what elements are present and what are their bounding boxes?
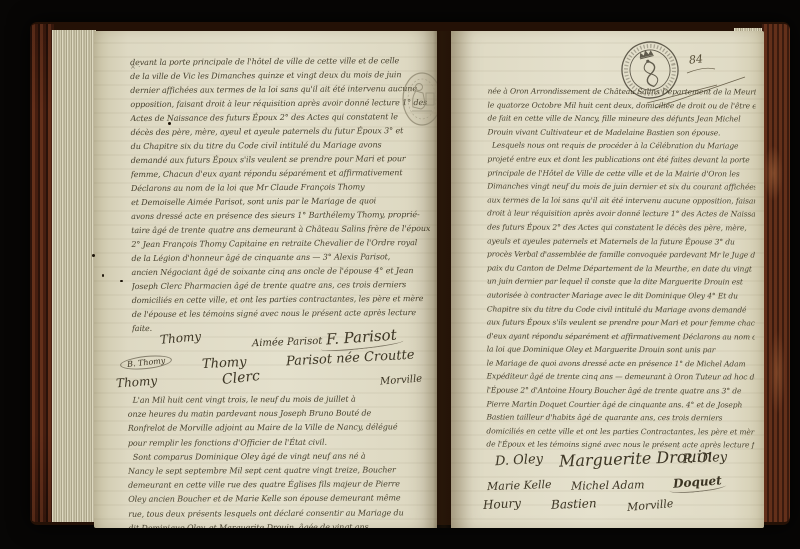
left-page: × · devant la porte principale de l'hôte… — [94, 31, 437, 528]
manuscript-line: Oley ancien Boucher et de Marie Kelle so… — [128, 492, 430, 508]
signature: P. Oley — [683, 450, 728, 467]
signature: B. Thomy — [119, 353, 172, 371]
signature: Marie Kelle — [487, 478, 552, 493]
manuscript-line: de fait en cette ville de Nancy, fille m… — [487, 112, 755, 127]
manuscript-line: autorisée à contracter Mariage avec le d… — [487, 288, 755, 303]
signature: Houry — [483, 496, 522, 512]
signature: Michel Adam — [571, 478, 645, 492]
signature: D. Oley — [495, 452, 544, 469]
manuscript-line: projeté entre eux et dont les publicatio… — [487, 153, 755, 168]
manuscript-line: aux termes de la loi sans qu'il ait été … — [487, 193, 755, 208]
manuscript-line: le quatorze Octobre Mil huit cent deux, … — [488, 98, 756, 113]
signature: Morville — [380, 374, 423, 388]
manuscript-line: femme, Chacun d'eux ayant répondu séparé… — [131, 166, 431, 182]
manuscript-line: procès Verbal d'assemblée de famille con… — [487, 248, 755, 263]
manuscript-line: Ronfrelot de Morville adjoint au Maire d… — [128, 421, 430, 437]
left-cover-spine — [30, 24, 54, 522]
manuscript-line: l'Épouse 2° d'Antoine Houry Boucher âgé … — [487, 384, 755, 399]
signature: Thomy — [116, 374, 158, 391]
manuscript-line: Lesquels nous ont requis de procéder à l… — [487, 139, 755, 154]
manuscript-line: ayeuls et ayeules paternels et Maternels… — [487, 234, 755, 249]
manuscript-line: Bastien tailleur d'habits âgé de quarant… — [486, 411, 754, 426]
signature: F. Parisot — [325, 326, 397, 349]
manuscript-line: des futurs Époux 2° des Actes qui consta… — [487, 220, 755, 235]
left-act-text: devant la porte principale de l'hôtel de… — [130, 54, 432, 336]
manuscript-line: domiciliés en cette ville et ont les par… — [486, 424, 754, 439]
embossed-seal-stamp — [400, 69, 437, 129]
manuscript-line: décès des père, mère, ayeul et ayeule pa… — [131, 124, 431, 140]
manuscript-line: droit à leur réquisition après avoir don… — [487, 207, 755, 222]
right-page: 84 née à Oron Arrondissement de Château … — [451, 31, 764, 528]
right-act-text: née à Oron Arrondissement de Château Sal… — [486, 85, 755, 453]
ink-speck — [92, 254, 95, 257]
manuscript-line: le Mariage de quoi avons dressé acte en … — [487, 356, 755, 371]
manuscript-line: dit Dominique Oley, et Marguerite Drouin… — [128, 520, 430, 528]
manuscript-line: Sont comparus Dominique Oley âgé de ving… — [128, 449, 430, 465]
signature: Morville — [627, 497, 674, 514]
manuscript-line: née à Oron Arrondissement de Château Sal… — [488, 85, 756, 100]
manuscript-line: onze heures du matin pardevant nous Jose… — [128, 406, 430, 422]
manuscript-line: demeurant en cette ville rue des quatre … — [128, 477, 430, 493]
signature: Clerc — [221, 368, 260, 388]
ink-speck — [120, 280, 123, 282]
left-second-act-text: L'an Mil huit cent vingt trois, le neuf … — [128, 392, 431, 528]
manuscript-line: L'an Mil huit cent vingt trois, le neuf … — [128, 392, 430, 408]
manuscript-line: Drouin vivant Cultivateur et de Madelain… — [487, 125, 755, 140]
ink-speck — [102, 274, 104, 277]
manuscript-line: d'eux ayant répondu séparément et affirm… — [487, 329, 755, 344]
signature: Aimée Parisot — [252, 336, 323, 349]
manuscript-line: rue, tous deux présents lesquels ont déc… — [128, 506, 430, 522]
manuscript-line: Pierre Martin Doquet Courtier âgé de cin… — [487, 397, 755, 412]
manuscript-line: Chapitre six du titre du Code civil inti… — [487, 302, 755, 317]
manuscript-line: principale de l'Hôtel de Ville de cette … — [487, 166, 755, 181]
register-book: × · devant la porte principale de l'hôte… — [30, 22, 790, 525]
manuscript-line: pour remplir les fonctions d'Officier de… — [128, 435, 430, 451]
manuscript-line: paix du Canton de Delme Département de l… — [487, 261, 755, 276]
manuscript-line: Nancy le sept septembre Mil sept cent qu… — [128, 463, 430, 479]
left-page-edges — [52, 30, 96, 522]
right-cover-edge — [762, 24, 790, 522]
signature: Doquet — [673, 473, 723, 490]
signature: Bastien — [551, 496, 597, 512]
manuscript-line: Dimanches vingt neuf du mois de juin der… — [487, 180, 755, 195]
manuscript-line: Expéditeur âgé de trente cinq ans — deme… — [487, 370, 755, 385]
signature: Parisot née Croutte — [286, 348, 415, 370]
manuscript-line: aux futurs Époux s'ils veulent se prendr… — [487, 316, 755, 331]
ink-speck — [168, 122, 171, 125]
signature: Thomy — [159, 329, 201, 347]
manuscript-line: de l'épouse et les témoins signé avec no… — [132, 306, 432, 322]
manuscript-line: la loi que Dominique Oley et Marguerite … — [487, 343, 755, 358]
manuscript-line: un juin dernier par lequel il conste que… — [487, 275, 755, 290]
